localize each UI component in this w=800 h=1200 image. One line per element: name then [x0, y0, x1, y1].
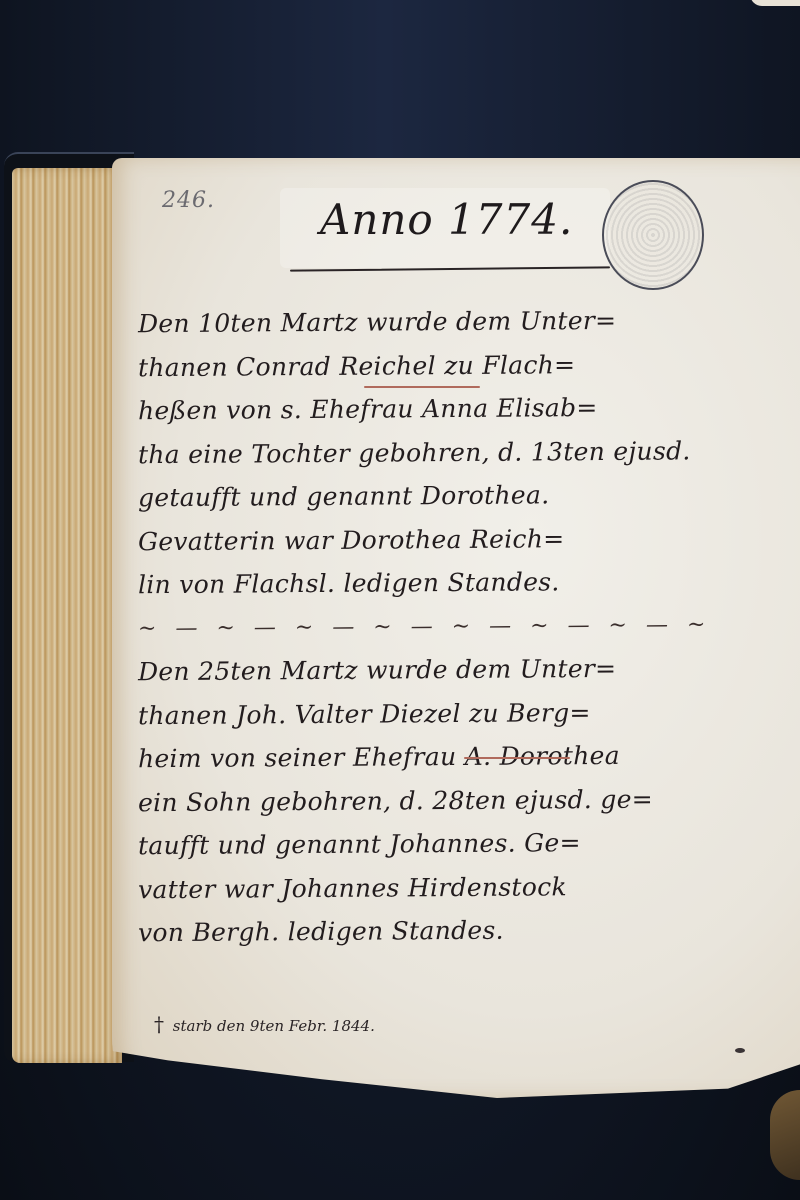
oval-seal-stamp-icon — [602, 180, 704, 290]
page-title: Anno 1774. — [320, 195, 573, 244]
death-annotation: † starb den 9ten Febr. 1844. — [154, 1012, 375, 1036]
entry-1-line-7: lin von Flachsl. ledigen Standes. — [138, 559, 778, 607]
adjacent-page-corner — [750, 0, 800, 6]
ink-spot — [735, 1048, 745, 1053]
cross-icon: † — [154, 1012, 164, 1036]
entry-1-line-3: heßen von s. Ehefrau Anna Elisab= — [138, 385, 778, 433]
page-number: 246. — [162, 188, 215, 213]
page-weight-object — [770, 1090, 800, 1180]
entry-2-line-5: taufft und genannt Johannes. Ge= — [138, 820, 778, 868]
red-underline-surname-2 — [464, 757, 570, 759]
entry-2-line-6: vatter war Johannes Hirdenstock — [138, 863, 778, 911]
entry-1-line-4: tha eine Tochter gebohren, d. 13ten ejus… — [138, 428, 778, 476]
register-entries: Den 10ten Martz wurde dem Unter= thanen … — [138, 300, 778, 953]
entry-separator: ~ — ~ — ~ — ~ — ~ — ~ — ~ — ~ — [138, 602, 778, 650]
entry-1-line-2: thanen Conrad Reichel zu Flach= — [138, 341, 778, 389]
entry-2-line-7: von Bergh. ledigen Standes. — [138, 907, 778, 955]
entry-1-line-5: getaufft und genannt Dorothea. — [138, 472, 778, 520]
book-page-edges — [12, 168, 122, 1063]
death-annotation-text: starb den 9ten Febr. 1844. — [173, 1017, 375, 1035]
entry-1-line-6: Gevatterin war Dorothea Reich= — [138, 515, 778, 563]
entry-2-line-4: ein Sohn gebohren, d. 28ten ejusd. ge= — [138, 776, 778, 824]
entry-2-line-1: Den 25ten Martz wurde dem Unter= — [138, 646, 778, 694]
red-underline-surname-1 — [364, 386, 480, 388]
entry-2-line-2: thanen Joh. Valter Diezel zu Berg= — [138, 689, 778, 737]
entry-2-line-3: heim von seiner Ehefrau A. Dorothea — [138, 733, 778, 781]
dark-background — [0, 0, 800, 160]
entry-1-line-1: Den 10ten Martz wurde dem Unter= — [138, 298, 778, 346]
